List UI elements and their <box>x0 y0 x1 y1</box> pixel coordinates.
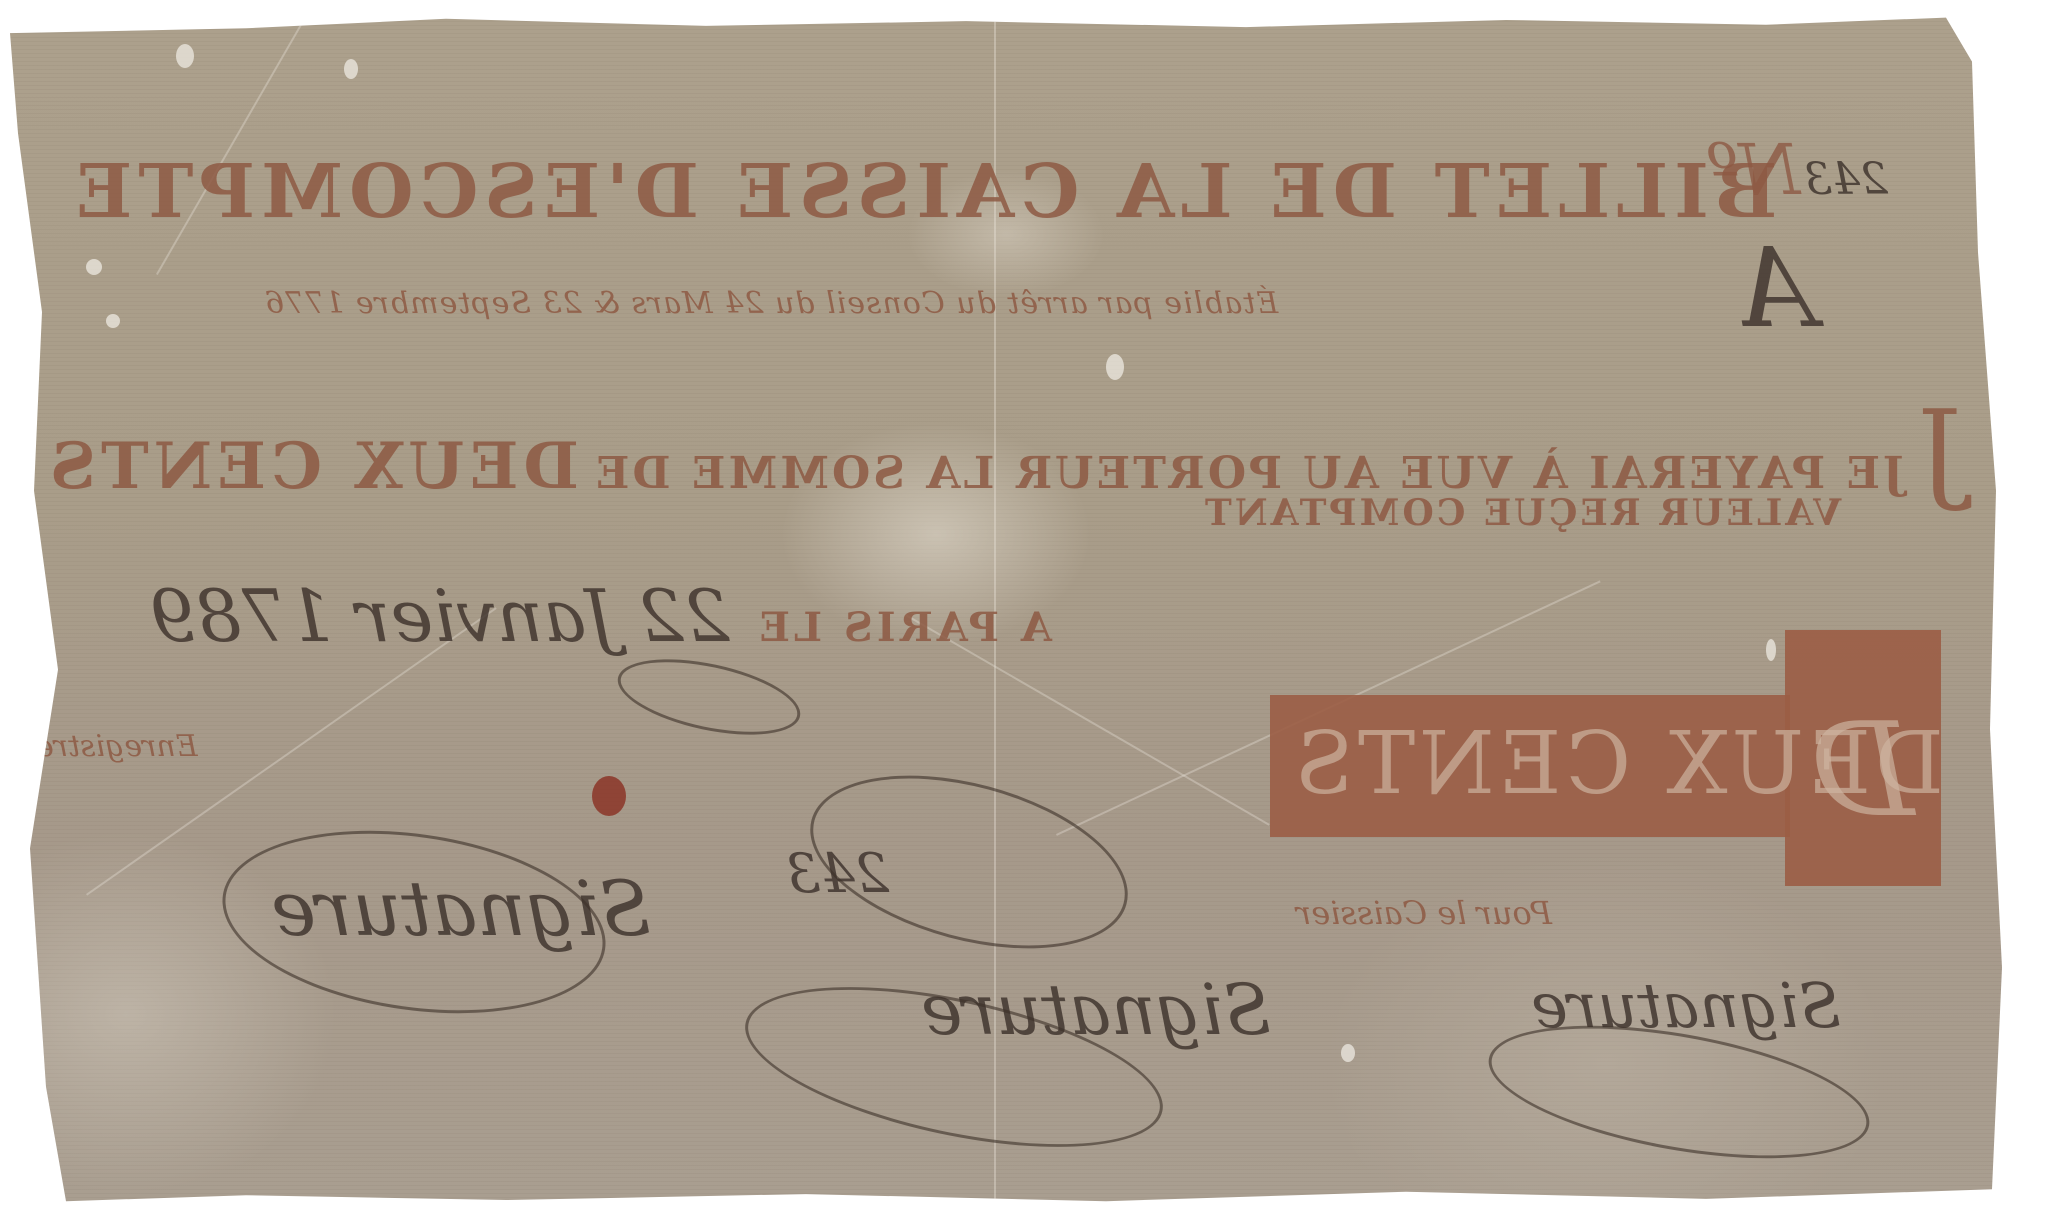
value-line: VALEUR REÇUE COMPTANT <box>1202 492 1841 534</box>
handwritten-date: 22 Janvier 1789 <box>150 574 730 658</box>
establishment-text: Établie par arrêt du Conseil du 24 Mars … <box>264 286 1278 321</box>
series-letter: A <box>1736 224 1815 352</box>
serial-block: Nº 243 <box>1706 129 1888 211</box>
value-line-block: VALEUR REÇUE COMPTANT <box>1202 492 1841 534</box>
paper-spot <box>1106 354 1124 380</box>
currency: LIVRES <box>0 448 31 499</box>
headline-text: BILLET DE LA CAISSE D'ESCOMPTE <box>70 149 1777 235</box>
paper-spot <box>86 259 102 275</box>
amount-words: DEUX CENTS <box>45 429 579 504</box>
serial-label: Nº <box>1706 129 1800 211</box>
drop-cap: J <box>1918 386 1962 514</box>
paper-spot <box>1341 1044 1355 1062</box>
paper-spot <box>1766 639 1776 661</box>
paper-spot <box>106 314 120 328</box>
registered-block: Enregistré <box>36 729 198 764</box>
cashier-line: Pour le Caissier <box>1296 894 1552 932</box>
date-flourish <box>611 645 807 748</box>
place-date-prefix: A PARIS LE <box>755 604 1052 651</box>
signature-left-flourish <box>211 808 618 1036</box>
cashier-block: Pour le Caissier <box>1296 894 1552 932</box>
registered-line: Enregistré <box>36 729 198 764</box>
stamp-initial: D <box>1806 694 1914 846</box>
paper-spot <box>344 59 358 79</box>
establishment-block: Établie par arrêt du Conseil du 24 Mars … <box>264 286 1278 321</box>
place-date-line: A PARIS LE 22 Janvier 1789 <box>150 574 1052 658</box>
stamp-initial-block: D <box>1806 694 1914 846</box>
middle-flourish <box>791 744 1146 979</box>
serial-number: 243 <box>1804 154 1888 205</box>
red-seal <box>592 776 626 816</box>
series-letter-block: A <box>1736 224 1815 352</box>
headline-block: BILLET DE LA CAISSE D'ESCOMPTE <box>70 149 1777 235</box>
banknote-paper: BILLET DE LA CAISSE D'ESCOMPTE Nº 243 A … <box>6 14 2006 1206</box>
paper-spot <box>176 44 194 68</box>
